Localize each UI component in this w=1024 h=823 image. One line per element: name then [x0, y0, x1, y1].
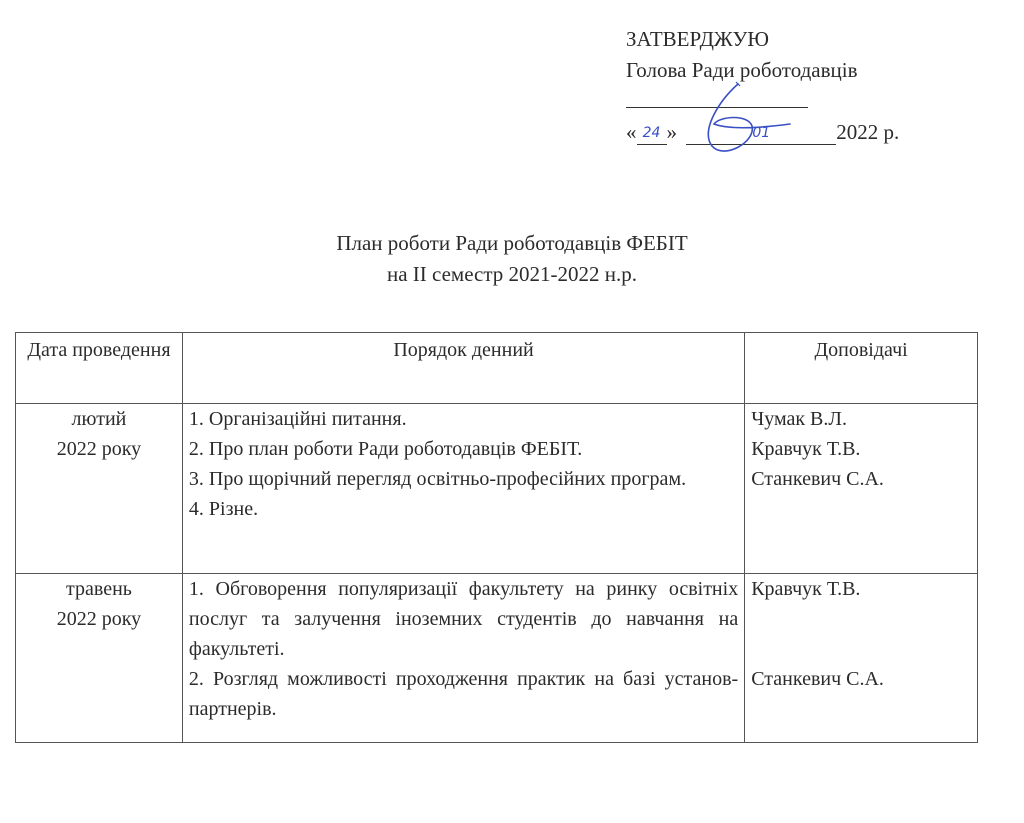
open-quote: «	[626, 120, 637, 144]
date-month: лютий	[22, 404, 176, 434]
date-day-field: 24	[637, 123, 667, 145]
approval-heading: ЗАТВЕРДЖУЮ	[626, 24, 899, 55]
table-row: травень 2022 року 1. Обговорення популяр…	[16, 574, 978, 743]
date-year: 2022 року	[22, 434, 176, 464]
speaker: Станкевич С.А.	[751, 664, 971, 694]
agenda-item: 2. Про план роботи Ради роботодавців ФЕБ…	[189, 434, 738, 464]
agenda-item: 3. Про щорічний перегляд освітньо-профес…	[189, 464, 738, 494]
table-header-row: Дата проведення Порядок денний Доповідач…	[16, 333, 978, 404]
header-date: Дата проведення	[16, 333, 183, 404]
title-line-1: План роботи Ради роботодавців ФЕБІТ	[0, 228, 1024, 259]
speaker: Чумак В.Л.	[751, 404, 971, 434]
speaker	[751, 604, 971, 634]
row-date: травень 2022 року	[16, 574, 183, 743]
date-year: 2022 р.	[836, 120, 899, 144]
row-speakers: Кравчук Т.В. Станкевич С.А.	[745, 574, 978, 743]
row-agenda: 1. Обговорення популяризації факультету …	[182, 574, 744, 743]
signature-icon	[690, 80, 810, 160]
agenda-item: 1. Обговорення популяризації факультету …	[189, 574, 738, 664]
table-row: лютий 2022 року 1. Організаційні питання…	[16, 404, 978, 574]
work-plan-table: Дата проведення Порядок денний Доповідач…	[15, 332, 978, 743]
agenda-item: 1. Організаційні питання.	[189, 404, 738, 434]
row-date: лютий 2022 року	[16, 404, 183, 574]
date-month: травень	[22, 574, 176, 604]
header-agenda: Порядок денний	[182, 333, 744, 404]
date-year: 2022 року	[22, 604, 176, 634]
speaker: Станкевич С.А.	[751, 464, 971, 494]
title-line-2: на ІІ семестр 2021-2022 н.р.	[0, 259, 1024, 290]
row-speakers: Чумак В.Л. Кравчук Т.В. Станкевич С.А.	[745, 404, 978, 574]
document-title: План роботи Ради роботодавців ФЕБІТ на І…	[0, 228, 1024, 290]
header-speakers: Доповідачі	[745, 333, 978, 404]
row-agenda: 1. Організаційні питання. 2. Про план ро…	[182, 404, 744, 574]
date-day-handwritten: 24	[643, 125, 661, 141]
speaker: Кравчук Т.В.	[751, 574, 971, 604]
agenda-item: 4. Різне.	[189, 494, 738, 524]
agenda-item: 2. Розгляд можливості проходження практи…	[189, 664, 738, 724]
speaker: Кравчук Т.В.	[751, 434, 971, 464]
speaker	[751, 634, 971, 664]
close-quote: »	[667, 120, 678, 144]
